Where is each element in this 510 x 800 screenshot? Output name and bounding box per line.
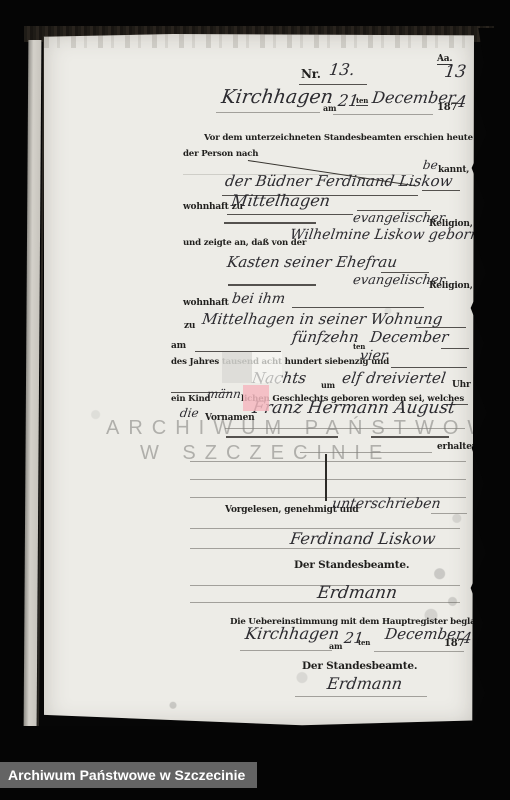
known-handwritten: be	[422, 158, 439, 172]
birthplace-value: Mittelhagen in seiner Wohnung	[201, 310, 444, 328]
cert-ten-suffix: ten	[358, 638, 370, 647]
wohnhaft-label: wohnhaft	[183, 298, 229, 308]
child-intro-label: ein Kind	[171, 394, 210, 404]
declarant-trailing-dash	[422, 174, 460, 191]
watermark-logo-gray-square	[222, 352, 252, 383]
signature1-upper-line	[190, 512, 460, 529]
registrar-label-2: Der Standesbeamte.	[302, 660, 417, 672]
corner-page-number: 13	[443, 62, 467, 82]
zu-label: zu	[184, 321, 195, 331]
birthday-leading-dash	[195, 335, 281, 352]
year-trailing-dash	[391, 351, 467, 368]
watermark-text-line2: W SZCZECINIE	[140, 442, 391, 465]
child-sex-value: männ	[206, 387, 242, 401]
mother-name: Wilhelmine Liskow geborne	[289, 227, 489, 243]
birthday-am-label: am	[171, 341, 186, 351]
intro-line-1: Vor dem unterzeichneten Standesbeamten e…	[204, 133, 473, 143]
page-ragged-top-edge	[44, 34, 474, 48]
cert-year-digit: 4	[461, 629, 473, 647]
cert-place-underline	[240, 634, 332, 651]
signature1-line	[190, 532, 460, 549]
religion2-label: Religion,	[429, 281, 473, 291]
closing-handwritten: unterschrieben	[331, 496, 442, 512]
registry-document-page: Aa. 13 Nr. 13. Kirchhagen am 21 ten Dece…	[44, 34, 474, 726]
dateline-year-printed: 187	[437, 102, 457, 113]
mother-intro-label: und zeigte an, daß von der	[183, 238, 306, 248]
scan-background-left	[0, 0, 26, 800]
time-um-label: um	[321, 380, 335, 390]
watermark-text-line1: ARCHIWUM PAŃSTWOWE	[106, 417, 510, 440]
birth-month-value: December	[369, 328, 450, 346]
religion1-leading-dash	[224, 206, 316, 224]
watermark-logo-pink-square	[243, 385, 269, 411]
cert-am-label: am	[329, 641, 342, 651]
archive-name-label: Archiwum Państwowe w Szczecinie	[0, 762, 257, 788]
blank-ruled-line-2	[190, 463, 466, 480]
residence2-trailing-dash	[292, 291, 424, 308]
religion2-leading-dash	[228, 268, 316, 286]
dateline-year-digit: 4	[455, 92, 468, 111]
residence2-value: bei ihm	[231, 291, 286, 307]
year-word-value: vier	[359, 348, 389, 364]
signature3-underline	[295, 680, 427, 697]
watermark-logo-white-square	[252, 352, 282, 383]
time-value: elf dreiviertel	[341, 369, 447, 387]
record-number-underline	[299, 68, 367, 85]
dateline-place-underline	[216, 96, 320, 113]
residence-trailing-dash	[357, 194, 431, 211]
birthplace-trailing-dash	[416, 311, 466, 328]
scan-background-top	[0, 0, 510, 28]
mother-trailing-dash	[381, 256, 429, 273]
birthday-trailing-dash	[441, 332, 469, 349]
dateline-underline	[333, 98, 433, 115]
signature2-line	[190, 586, 460, 603]
birthday-value: fünfzehn	[291, 328, 360, 346]
